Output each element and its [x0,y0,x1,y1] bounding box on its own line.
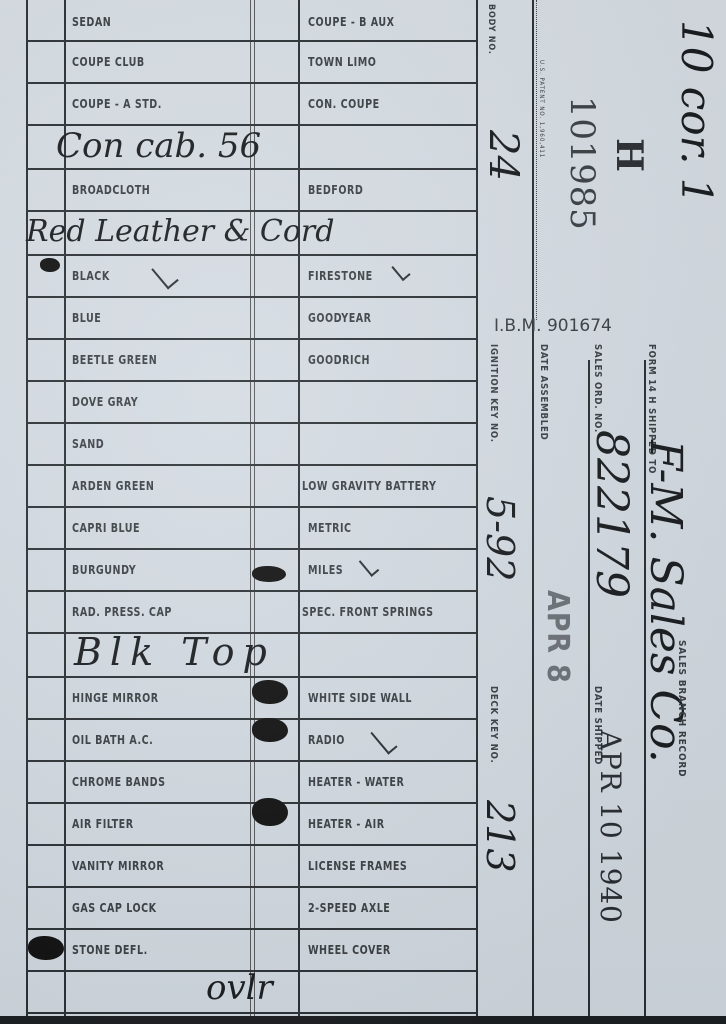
option-rad-press-cap: RAD. PRESS. CAP [72,590,172,632]
option-beetle-green: BEETLE GREEN [72,338,157,380]
option-blue: BLUE [72,296,101,338]
ink-smudge [40,258,60,272]
options-table: SEDAN COUPE - B AUX COUPE CLUB TOWN LIMO… [26,0,478,1016]
option-capri-blue: CAPRI BLUE [72,506,140,548]
ignition-key-label: IGNITION KEY NO. [488,344,499,443]
option-vanity-mirror: VANITY MIRROR [72,844,164,886]
option-oil-bath-ac: OIL BATH A.C. [72,718,153,760]
option-radio: RADIO [308,718,345,760]
option-heater-air: HEATER - AIR [308,802,385,844]
table-row: COUPE CLUB TOWN LIMO [26,40,478,82]
option-spec-front-springs: SPEC. FRONT SPRINGS [302,590,433,632]
table-row: DOVE GRAY [26,380,478,422]
table-row: HINGE MIRROR WHITE SIDE WALL [26,676,478,718]
patent-text: U.S. PATENT NO. 1,960,411 [538,60,545,158]
divider-key-column [532,0,534,1016]
ink-mark-oil-bath [252,718,288,742]
table-row: SAND [26,422,478,464]
corner-note: 10 cor. 1 [672,20,721,205]
ink-mark-stone-defl [28,936,64,960]
table-row: STONE DEFL. WHEEL COVER [26,928,478,970]
serial-number: 101985 [562,96,602,231]
table-row: RAD. PRESS. CAP SPEC. FRONT SPRINGS [26,590,478,632]
option-sand: SAND [72,422,104,464]
ink-mark-air-filter [252,798,288,826]
option-low-gravity-battery: LOW GRAVITY BATTERY [302,464,436,506]
option-metric: METRIC [308,506,352,548]
perforation-line [536,0,537,320]
table-row: BURGUNDY MILES [26,548,478,590]
deck-key-value: 213 [478,800,522,873]
sales-branch-record-card: SEDAN COUPE - B AUX COUPE CLUB TOWN LIMO… [0,0,726,1024]
option-miles: MILES [308,548,343,590]
option-burgundy: BURGUNDY [72,548,136,590]
option-coupe-b-aux: COUPE - B AUX [308,0,395,42]
table-row: GAS CAP LOCK 2-SPEED AXLE [26,886,478,928]
sales-ord-label: SALES ORD. NO. [592,344,603,433]
option-con-coupe: CON. COUPE [308,82,380,124]
form-number: FORM 14 H [646,344,657,404]
option-white-side-wall: WHITE SIDE WALL [308,676,412,718]
option-coupe-club: COUPE CLUB [72,40,145,82]
ignition-key-value: 5-92 [478,496,522,581]
option-wheel-cover: WHEEL COVER [308,928,391,970]
option-goodyear: GOODYEAR [308,296,372,338]
option-arden-green: ARDEN GREEN [72,464,154,506]
date-assembled-label: DATE ASSEMBLED [538,344,549,441]
card-bottom-edge [0,1016,726,1024]
option-2-speed-axle: 2-SPEED AXLE [308,886,390,928]
option-firestone: FIRESTONE [308,254,373,296]
option-gas-cap-lock: GAS CAP LOCK [72,886,157,928]
table-row: BEETLE GREEN GOODRICH [26,338,478,380]
table-row: BROADCLOTH BEDFORD [26,168,478,210]
ink-mark-burgundy [252,566,286,582]
sales-ord-value: 822179 [586,430,637,598]
option-black: BLACK [72,254,110,296]
body-no-value: 24 [480,130,526,181]
option-dove-gray: DOVE GRAY [72,380,138,422]
handwritten-top-color: Blk Top [74,630,275,674]
option-coupe-a-std: COUPE - A STD. [72,82,162,124]
table-row-handwritten: Con cab. 56 [26,124,478,166]
option-hinge-mirror: HINGE MIRROR [72,676,159,718]
handwritten-body-style: Con cab. 56 [56,126,261,166]
option-air-filter: AIR FILTER [72,802,134,844]
sales-branch-record-title: SALES BRANCH RECORD [676,640,687,777]
table-row: CHROME BANDS HEATER - WATER [26,760,478,802]
option-broadcloth: BROADCLOTH [72,168,150,210]
table-row: BLUE GOODYEAR [26,296,478,338]
option-chrome-bands: CHROME BANDS [72,760,166,802]
table-row: CAPRI BLUE METRIC [26,506,478,548]
option-stone-defl: STONE DEFL. [72,928,148,970]
deck-key-label: DECK KEY NO. [488,686,499,764]
date-shipped-value: APR 10 1940 [594,730,627,924]
handwritten-upholstery: Red Leather & Cord [26,214,334,249]
table-row-handwritten: Blk Top [26,632,478,674]
handwritten-overdrive: ovlr [206,968,273,1008]
option-goodrich: GOODRICH [308,338,370,380]
serial-prefix: H [608,138,650,173]
option-town-limo: TOWN LIMO [308,40,376,82]
option-license-frames: LICENSE FRAMES [308,844,407,886]
option-bedford: BEDFORD [308,168,363,210]
table-row: VANITY MIRROR LICENSE FRAMES [26,844,478,886]
table-row: COUPE - A STD. CON. COUPE [26,82,478,124]
body-no-label: BODY NO. [486,4,496,55]
option-sedan: SEDAN [72,0,111,42]
table-row-handwritten: ovlr [26,970,478,1012]
date-assembled-value: APR 8 [540,590,575,684]
table-row-handwritten: Red Leather & Cord [26,210,478,252]
ink-mark-hinge-mirror [252,680,288,704]
ibm-number: I.B.M. 901674 [494,316,612,336]
option-heater-water: HEATER - WATER [308,760,404,802]
table-row: SEDAN COUPE - B AUX [26,0,478,42]
table-row: ARDEN GREEN LOW GRAVITY BATTERY [26,464,478,506]
